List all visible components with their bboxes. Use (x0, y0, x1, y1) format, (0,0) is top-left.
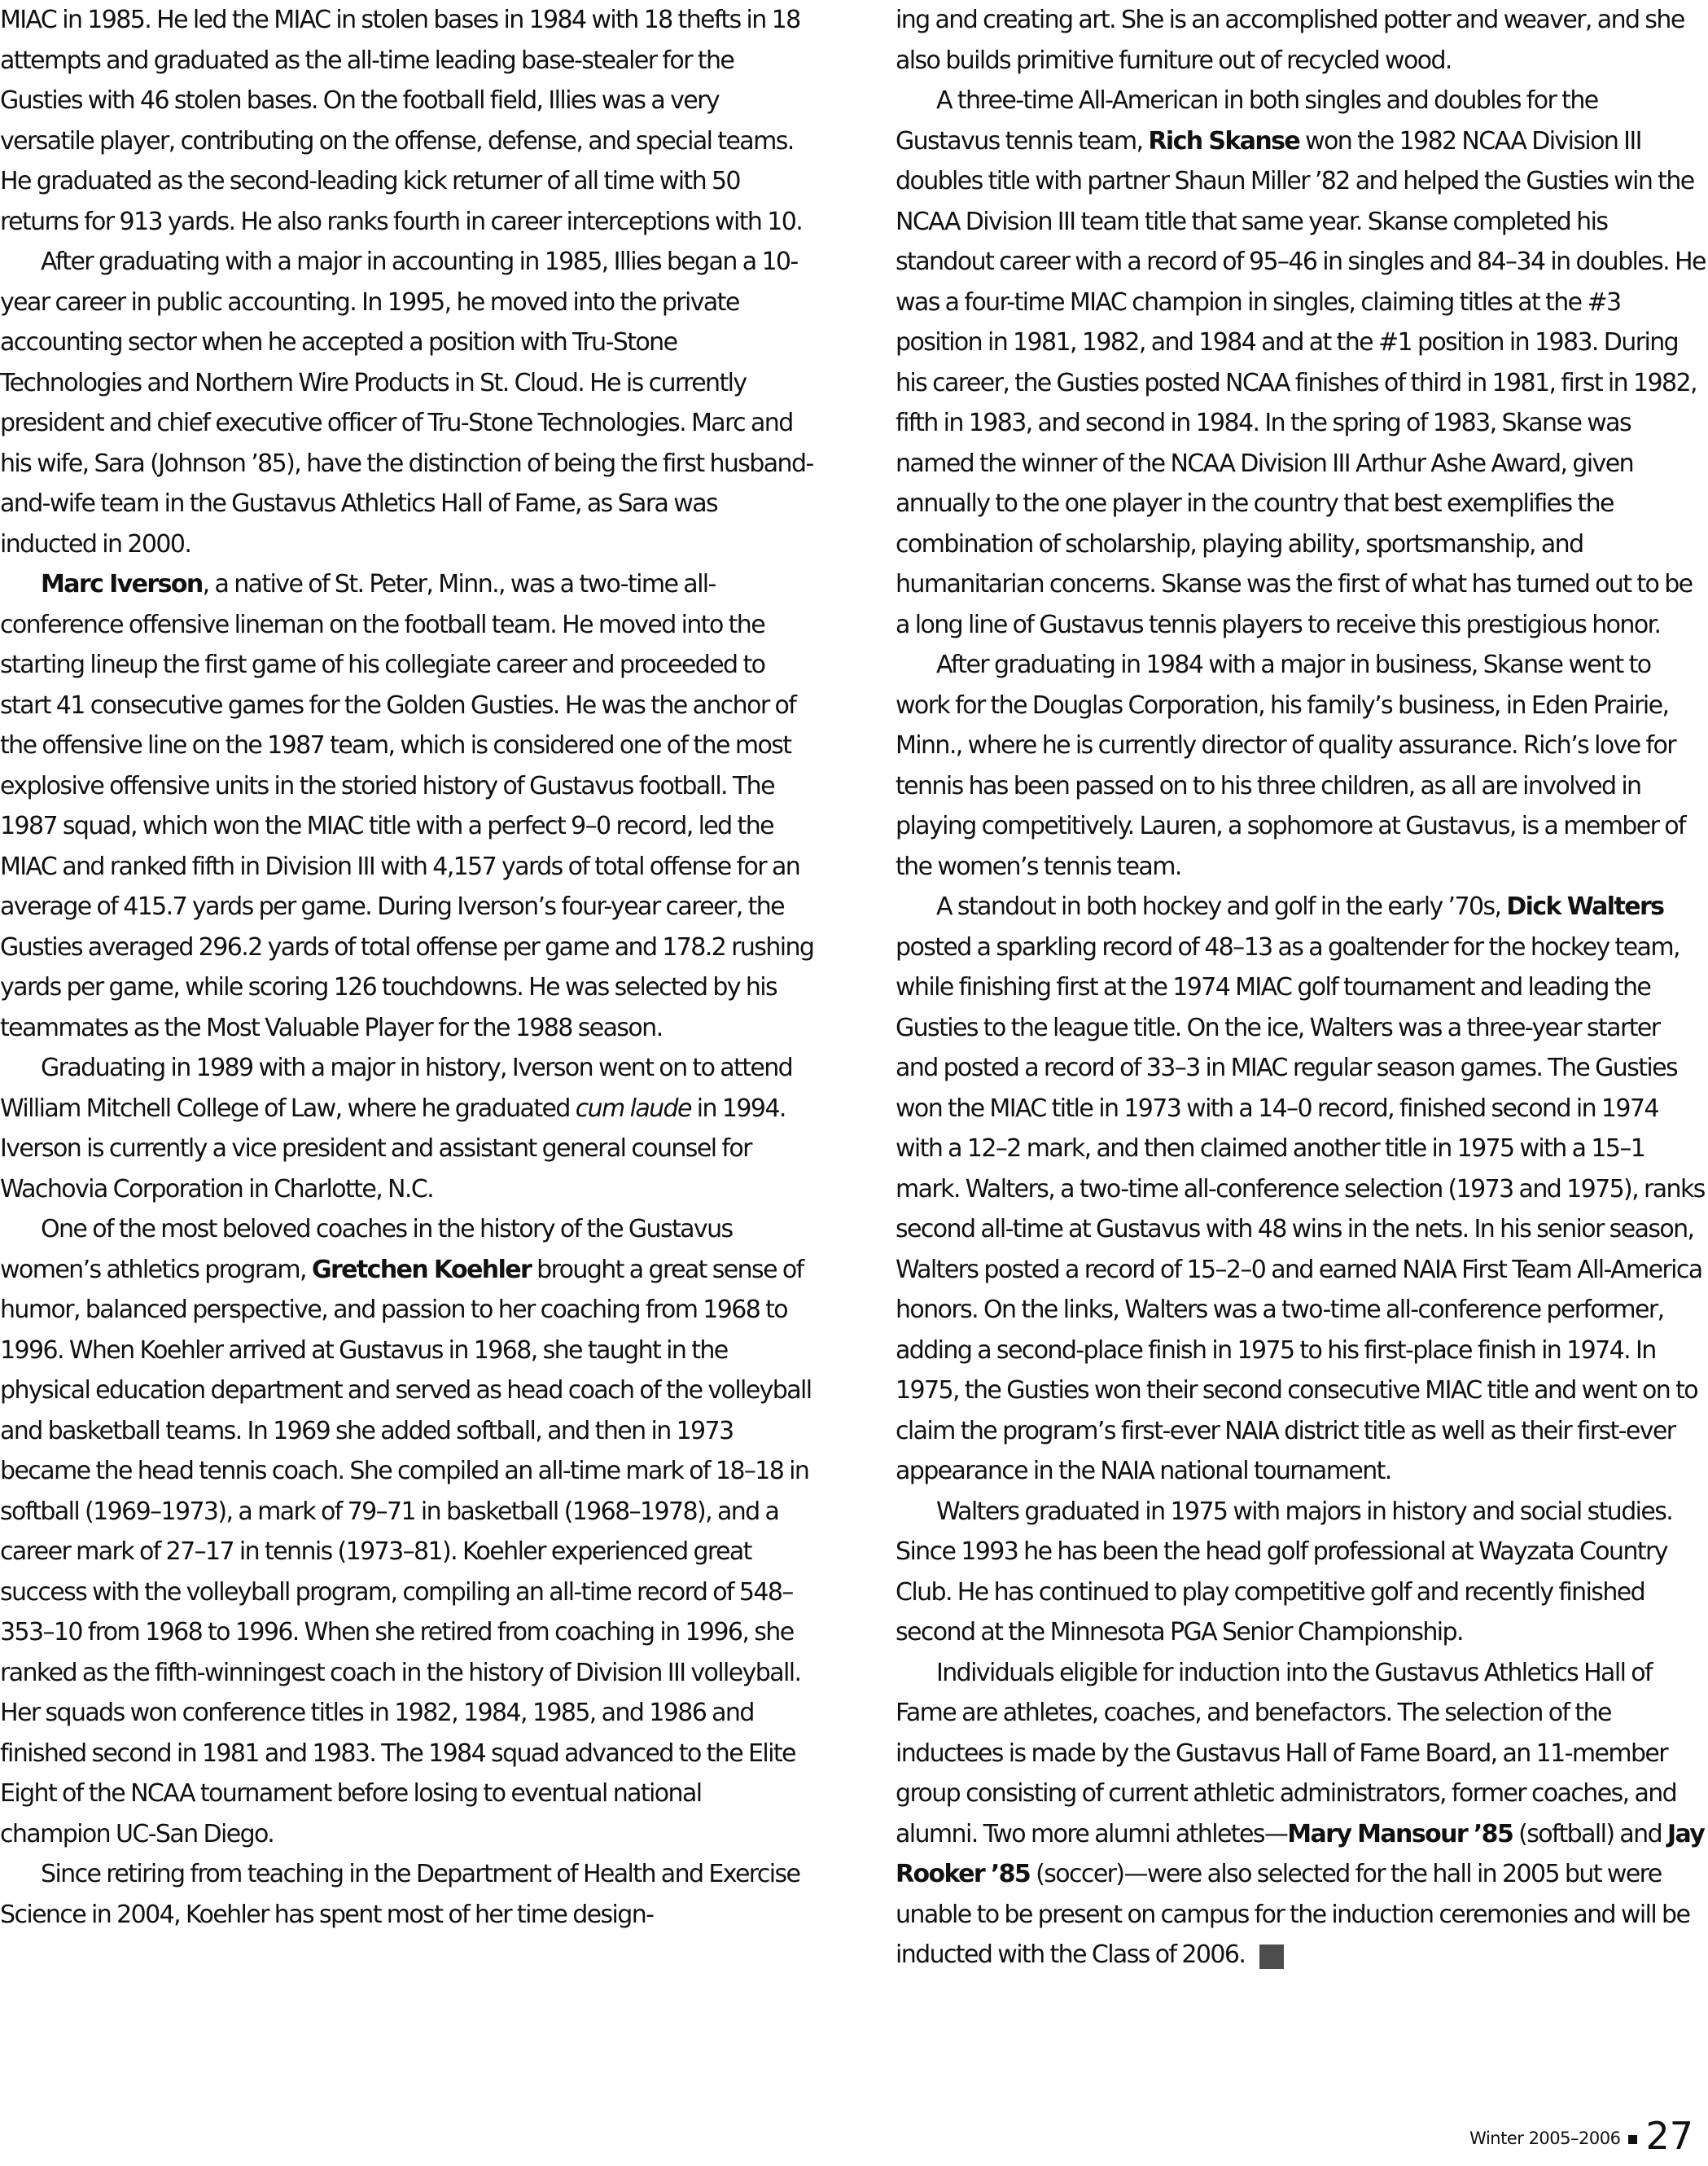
paragraph-walters-career: Walters graduated in 1975 with majors in… (896, 1492, 1706, 1653)
square-bullet-icon (1628, 2135, 1637, 2144)
paragraph-iverson-intro: Marc Iverson, a native of St. Peter, Min… (0, 564, 814, 1048)
paragraph-text: won the 1982 NCAA Division III doubles t… (896, 127, 1706, 639)
gustavus-end-mark-icon: G (1259, 1945, 1284, 1969)
paragraph-skanse-intro: A three-time All-American in both single… (896, 81, 1706, 645)
paragraph-text: posted a sparkling record of 48–13 as a … (896, 933, 1705, 1486)
latin-phrase: cum laude (576, 1094, 691, 1123)
paragraph-text: brought a great sense of humor, balanced… (0, 1256, 812, 1848)
paragraph-illies-athletics: MIAC in 1985. He led the MIAC in stolen … (0, 0, 814, 242)
right-column: ing and creating art. She is an accompli… (896, 0, 1706, 1975)
paragraph-koehler-art: ing and creating art. She is an accompli… (896, 0, 1706, 81)
inductee-name: Mary Mansour ’85 (1287, 1820, 1513, 1848)
paragraph-selection: Individuals eligible for induction into … (896, 1653, 1706, 1975)
paragraph-text: (softball) and (1513, 1820, 1667, 1848)
paragraph-koehler-intro: One of the most beloved coaches in the h… (0, 1209, 814, 1854)
page-number: 27 (1645, 2117, 1693, 2155)
paragraph-iverson-career: Graduating in 1989 with a major in histo… (0, 1048, 814, 1209)
paragraph-text: , a native of St. Peter, Minn., was a tw… (0, 570, 813, 1042)
paragraph-koehler-retirement: Since retiring from teaching in the Depa… (0, 1854, 814, 1935)
paragraph-skanse-career: After graduating in 1984 with a major in… (896, 645, 1706, 887)
inductee-name: Gretchen Koehler (312, 1256, 531, 1284)
left-column: MIAC in 1985. He led the MIAC in stolen … (0, 0, 814, 1935)
inductee-name: Marc Iverson (41, 570, 203, 598)
inductee-name: Dick Walters (1506, 892, 1663, 921)
paragraph-illies-career: After graduating with a major in account… (0, 242, 814, 564)
page-footer: Winter 2005–2006 27 (1469, 2117, 1693, 2155)
issue-label: Winter 2005–2006 (1469, 2122, 1620, 2155)
paragraph-walters-intro: A standout in both hockey and golf in th… (896, 887, 1706, 1492)
paragraph-text: A standout in both hockey and golf in th… (936, 892, 1506, 921)
inductee-name: Rich Skanse (1148, 127, 1299, 156)
